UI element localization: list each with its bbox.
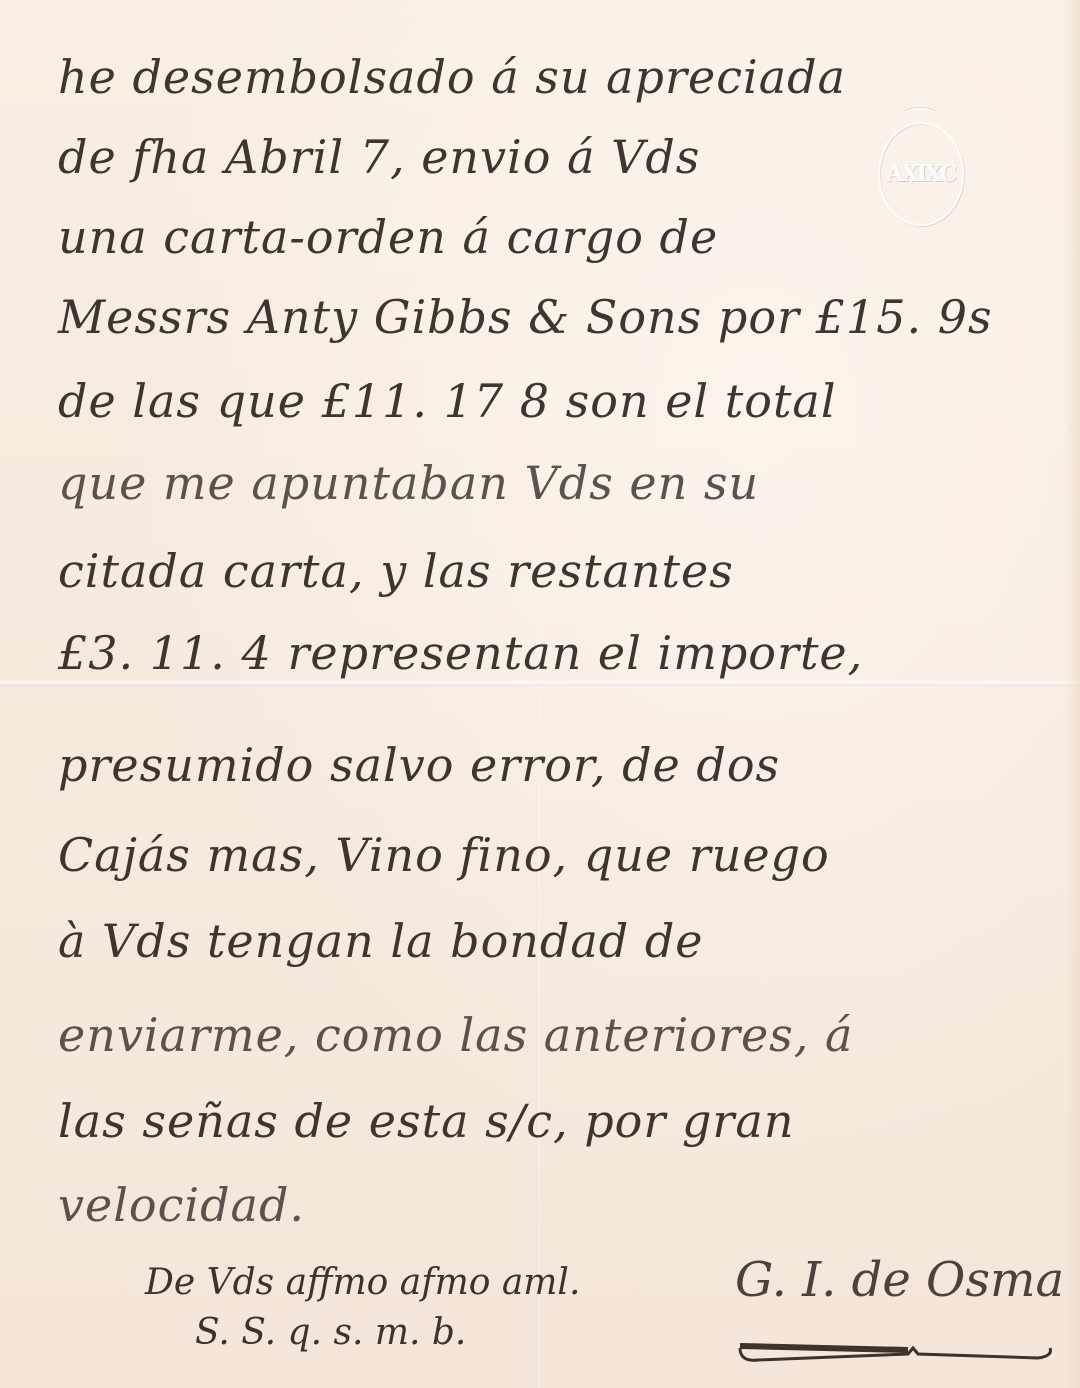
letter-line: enviarme, como las anteriores, á	[58, 1012, 853, 1058]
letter-line: à Vds tengan la bondad de	[58, 918, 704, 964]
vertical-fold-crease	[538, 0, 541, 1388]
letter-line: citada carta, y las restantes	[58, 548, 734, 594]
closing-abbreviation: S. S. q. s. m. b.	[195, 1312, 466, 1353]
horizontal-fold-crease	[0, 680, 1080, 686]
embossed-monogram-icon: AXIXC	[878, 122, 964, 226]
signature: G. I. de Osma	[735, 1252, 1064, 1308]
letter-line: Cajás mas, Vino fino, que ruego	[58, 832, 830, 878]
letter-line: £3. 11. 4 representan el importe,	[58, 630, 863, 676]
letter-line: una carta-orden á cargo de	[58, 214, 718, 260]
letter-page: AXIXC he desembolsado á su apreciada de …	[0, 0, 1080, 1388]
letter-line: las señas de esta s/c, por gran	[58, 1098, 794, 1144]
letter-line: de fha Abril 7, envio á Vds	[58, 134, 700, 180]
letter-line: Messrs Anty Gibbs & Sons por £15. 9s	[58, 294, 993, 340]
letter-line: velocidad.	[58, 1182, 305, 1228]
letter-line: he desembolsado á su apreciada	[58, 54, 846, 100]
letter-line: presumido salvo error, de dos	[58, 742, 780, 788]
monogram-text: AXIXC	[887, 161, 956, 187]
signature-flourish-icon	[738, 1340, 1058, 1370]
crown-icon	[902, 108, 938, 122]
closing-salutation: De Vds affmo afmo aml.	[145, 1262, 580, 1303]
paper-edge	[1066, 0, 1080, 1388]
letter-line: de las que £11. 17 8 son el total	[58, 378, 837, 424]
letter-line: que me apuntaban Vds en su	[58, 460, 759, 506]
